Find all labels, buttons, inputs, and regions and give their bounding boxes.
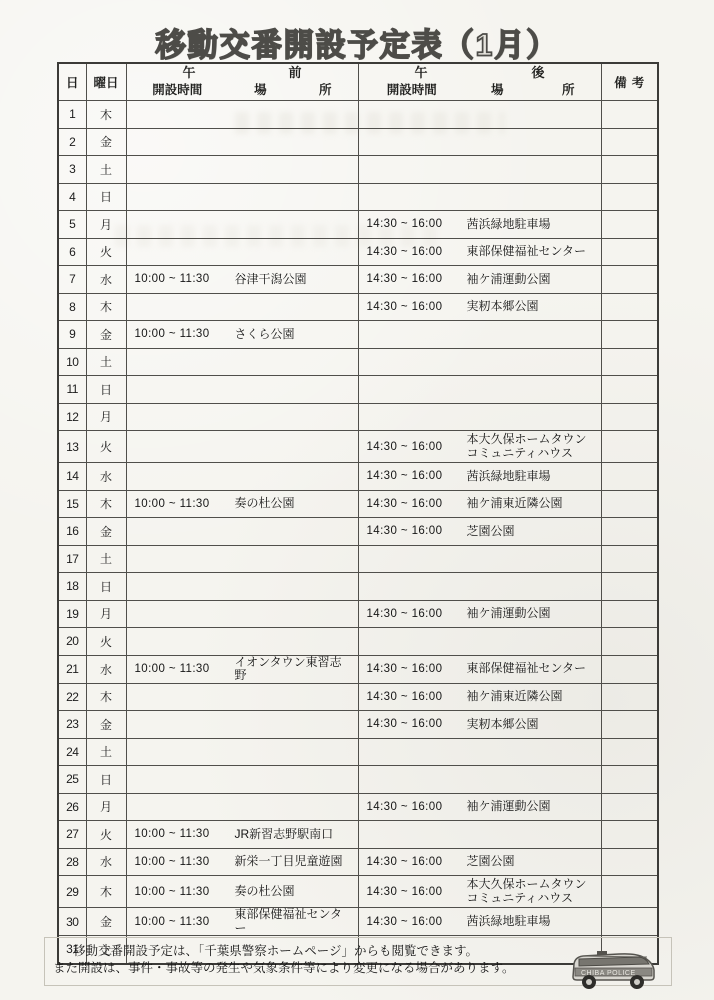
am-cell: 10:00 ~ 11:30 イオンタウン東習志野 bbox=[126, 655, 358, 683]
am-cell: 10:00 ~ 11:30 谷津干潟公園 bbox=[126, 266, 358, 294]
table-row: 5 月 14:30 ~ 16:00 茜浜緑地駐車場 bbox=[58, 211, 658, 239]
header-am-period: 午前 bbox=[127, 64, 358, 82]
weekday-cell: 木 bbox=[86, 293, 126, 321]
pm-place: 芝園公園 bbox=[467, 525, 597, 539]
remarks-cell bbox=[601, 573, 658, 601]
pm-open-time: 14:30 ~ 16:00 bbox=[367, 608, 467, 620]
am-cell bbox=[126, 683, 358, 711]
day-cell: 2 bbox=[58, 128, 86, 156]
pm-place: 茜浜緑地駐車場 bbox=[467, 218, 597, 232]
day-cell: 7 bbox=[58, 266, 86, 294]
table-row: 12 月 bbox=[58, 403, 658, 431]
day-cell: 21 bbox=[58, 655, 86, 683]
pm-place: 芝園公園 bbox=[467, 855, 597, 869]
header-am: 午前 開設時間 場所 bbox=[126, 63, 358, 101]
pm-cell: 14:30 ~ 16:00 東部保健福祉センター bbox=[358, 655, 601, 683]
day-cell: 26 bbox=[58, 793, 86, 821]
pm-cell: 14:30 ~ 16:00 袖ケ浦東近隣公園 bbox=[358, 490, 601, 518]
day-cell: 28 bbox=[58, 848, 86, 876]
remarks-cell bbox=[601, 463, 658, 491]
pm-open-time: 14:30 ~ 16:00 bbox=[367, 525, 467, 537]
header-pm-period: 午後 bbox=[359, 64, 601, 82]
weekday-cell: 金 bbox=[86, 711, 126, 739]
pm-cell bbox=[358, 766, 601, 794]
table-row: 7 水 10:00 ~ 11:30 谷津干潟公園 14:30 ~ 16:00 袖… bbox=[58, 266, 658, 294]
weekday-cell: 土 bbox=[86, 156, 126, 184]
remarks-cell bbox=[601, 321, 658, 349]
weekday-cell: 日 bbox=[86, 376, 126, 404]
remarks-cell bbox=[601, 766, 658, 794]
weekday-cell: 月 bbox=[86, 403, 126, 431]
day-cell: 15 bbox=[58, 490, 86, 518]
pm-open-time: 14:30 ~ 16:00 bbox=[367, 273, 467, 285]
am-cell bbox=[126, 518, 358, 546]
table-row: 11 日 bbox=[58, 376, 658, 404]
table-row: 8 木 14:30 ~ 16:00 実籾本郷公園 bbox=[58, 293, 658, 321]
am-cell: 10:00 ~ 11:30 奏の杜公園 bbox=[126, 876, 358, 908]
day-cell: 24 bbox=[58, 738, 86, 766]
table-row: 17 土 bbox=[58, 545, 658, 573]
pm-place: 本大久保ホームタウン コミュニティハウス bbox=[467, 433, 597, 460]
am-cell bbox=[126, 348, 358, 376]
weekday-cell: 土 bbox=[86, 738, 126, 766]
remarks-cell bbox=[601, 848, 658, 876]
weekday-cell: 水 bbox=[86, 463, 126, 491]
pm-open-time: 14:30 ~ 16:00 bbox=[367, 718, 467, 730]
police-van-icon: CHIBA POLICE bbox=[567, 944, 659, 994]
day-cell: 6 bbox=[58, 238, 86, 266]
am-open-time: 10:00 ~ 11:30 bbox=[135, 498, 235, 510]
day-cell: 1 bbox=[58, 101, 86, 129]
day-cell: 29 bbox=[58, 876, 86, 908]
day-cell: 20 bbox=[58, 628, 86, 656]
am-open-time: 10:00 ~ 11:30 bbox=[135, 828, 235, 840]
table-row: 24 土 bbox=[58, 738, 658, 766]
remarks-cell bbox=[601, 711, 658, 739]
am-place: 奏の杜公園 bbox=[235, 885, 354, 899]
weekday-cell: 月 bbox=[86, 211, 126, 239]
day-cell: 4 bbox=[58, 183, 86, 211]
weekday-cell: 火 bbox=[86, 821, 126, 849]
pm-place: 袖ケ浦東近隣公園 bbox=[467, 497, 597, 511]
pm-place: 東部保健福祉センター bbox=[467, 245, 597, 259]
pm-cell: 14:30 ~ 16:00 茜浜緑地駐車場 bbox=[358, 463, 601, 491]
remarks-cell bbox=[601, 376, 658, 404]
pm-cell: 14:30 ~ 16:00 袖ケ浦運動公園 bbox=[358, 600, 601, 628]
table-header-row: 日 曜日 午前 開設時間 場所 午後 開設時間 場所 備考 bbox=[58, 63, 658, 101]
schedule-body: 1 木 2 金 bbox=[58, 101, 658, 964]
table-row: 10 土 bbox=[58, 348, 658, 376]
table-row: 23 金 14:30 ~ 16:00 実籾本郷公園 bbox=[58, 711, 658, 739]
pm-place: 袖ケ浦東近隣公園 bbox=[467, 690, 597, 704]
header-pm: 午後 開設時間 場所 bbox=[358, 63, 601, 101]
day-cell: 25 bbox=[58, 766, 86, 794]
pm-open-time: 14:30 ~ 16:00 bbox=[367, 218, 467, 230]
am-place: 谷津干潟公園 bbox=[235, 273, 354, 287]
am-cell: 10:00 ~ 11:30 JR新習志野駅南口 bbox=[126, 821, 358, 849]
weekday-cell: 木 bbox=[86, 876, 126, 908]
am-cell bbox=[126, 573, 358, 601]
table-row: 14 水 14:30 ~ 16:00 茜浜緑地駐車場 bbox=[58, 463, 658, 491]
table-row: 20 火 bbox=[58, 628, 658, 656]
day-cell: 5 bbox=[58, 211, 86, 239]
am-cell: 10:00 ~ 11:30 新栄一丁目児童遊園 bbox=[126, 848, 358, 876]
pm-cell bbox=[358, 403, 601, 431]
day-cell: 11 bbox=[58, 376, 86, 404]
remarks-cell bbox=[601, 738, 658, 766]
pm-place: 東部保健福祉センター bbox=[467, 662, 597, 676]
pm-cell bbox=[358, 183, 601, 211]
remarks-cell bbox=[601, 128, 658, 156]
am-cell bbox=[126, 545, 358, 573]
remarks-cell bbox=[601, 101, 658, 129]
pm-open-time: 14:30 ~ 16:00 bbox=[367, 663, 467, 675]
header-remarks: 備考 bbox=[601, 63, 658, 101]
pm-cell bbox=[358, 376, 601, 404]
am-cell bbox=[126, 128, 358, 156]
table-row: 22 木 14:30 ~ 16:00 袖ケ浦東近隣公園 bbox=[58, 683, 658, 711]
table-row: 28 水 10:00 ~ 11:30 新栄一丁目児童遊園 14:30 ~ 16:… bbox=[58, 848, 658, 876]
weekday-cell: 月 bbox=[86, 600, 126, 628]
weekday-cell: 日 bbox=[86, 183, 126, 211]
remarks-cell bbox=[601, 238, 658, 266]
table-row: 26 月 14:30 ~ 16:00 袖ケ浦運動公園 bbox=[58, 793, 658, 821]
table-row: 30 金 10:00 ~ 11:30 東部保健福祉センター 14:30 ~ 16… bbox=[58, 908, 658, 936]
am-cell bbox=[126, 766, 358, 794]
am-cell: 10:00 ~ 11:30 東部保健福祉センター bbox=[126, 908, 358, 936]
am-place: イオンタウン東習志野 bbox=[235, 656, 354, 683]
am-cell bbox=[126, 293, 358, 321]
weekday-cell: 日 bbox=[86, 766, 126, 794]
table-row: 3 土 bbox=[58, 156, 658, 184]
remarks-cell bbox=[601, 683, 658, 711]
table-row: 16 金 14:30 ~ 16:00 芝園公園 bbox=[58, 518, 658, 546]
remarks-cell bbox=[601, 490, 658, 518]
pm-place: 茜浜緑地駐車場 bbox=[467, 915, 597, 929]
pm-cell: 14:30 ~ 16:00 袖ケ浦運動公園 bbox=[358, 793, 601, 821]
pm-cell bbox=[358, 545, 601, 573]
am-cell: 10:00 ~ 11:30 奏の杜公園 bbox=[126, 490, 358, 518]
weekday-cell: 金 bbox=[86, 128, 126, 156]
weekday-cell: 月 bbox=[86, 793, 126, 821]
weekday-cell: 木 bbox=[86, 101, 126, 129]
day-cell: 22 bbox=[58, 683, 86, 711]
table-row: 15 木 10:00 ~ 11:30 奏の杜公園 14:30 ~ 16:00 袖… bbox=[58, 490, 658, 518]
pm-cell bbox=[358, 156, 601, 184]
day-cell: 27 bbox=[58, 821, 86, 849]
am-open-time: 10:00 ~ 11:30 bbox=[135, 663, 235, 675]
table-row: 13 火 14:30 ~ 16:00 本大久保ホームタウン コミュニティハウス bbox=[58, 431, 658, 463]
pm-cell: 14:30 ~ 16:00 芝園公園 bbox=[358, 848, 601, 876]
am-cell bbox=[126, 431, 358, 463]
am-cell bbox=[126, 211, 358, 239]
pm-open-time: 14:30 ~ 16:00 bbox=[367, 301, 467, 313]
pm-cell: 14:30 ~ 16:00 実籾本郷公園 bbox=[358, 711, 601, 739]
remarks-cell bbox=[601, 348, 658, 376]
pm-place: 茜浜緑地駐車場 bbox=[467, 470, 597, 484]
pm-open-time: 14:30 ~ 16:00 bbox=[367, 886, 467, 898]
day-cell: 19 bbox=[58, 600, 86, 628]
table-row: 4 日 bbox=[58, 183, 658, 211]
remarks-cell bbox=[601, 156, 658, 184]
pm-cell: 14:30 ~ 16:00 袖ケ浦運動公園 bbox=[358, 266, 601, 294]
remarks-cell bbox=[601, 431, 658, 463]
weekday-cell: 土 bbox=[86, 348, 126, 376]
table-row: 25 日 bbox=[58, 766, 658, 794]
remarks-cell bbox=[601, 821, 658, 849]
am-cell bbox=[126, 403, 358, 431]
pm-open-time: 14:30 ~ 16:00 bbox=[367, 916, 467, 928]
remarks-cell bbox=[601, 403, 658, 431]
remarks-cell bbox=[601, 793, 658, 821]
pm-cell bbox=[358, 348, 601, 376]
day-cell: 30 bbox=[58, 908, 86, 936]
weekday-cell: 火 bbox=[86, 628, 126, 656]
am-place: 新栄一丁目児童遊園 bbox=[235, 855, 354, 869]
remarks-cell bbox=[601, 600, 658, 628]
remarks-cell bbox=[601, 545, 658, 573]
am-cell: 10:00 ~ 11:30 さくら公園 bbox=[126, 321, 358, 349]
pm-cell: 14:30 ~ 16:00 芝園公園 bbox=[358, 518, 601, 546]
day-cell: 17 bbox=[58, 545, 86, 573]
weekday-cell: 火 bbox=[86, 238, 126, 266]
weekday-cell: 木 bbox=[86, 490, 126, 518]
day-cell: 16 bbox=[58, 518, 86, 546]
weekday-cell: 木 bbox=[86, 683, 126, 711]
table-row: 1 木 bbox=[58, 101, 658, 129]
day-cell: 13 bbox=[58, 431, 86, 463]
remarks-cell bbox=[601, 655, 658, 683]
remarks-cell bbox=[601, 266, 658, 294]
pm-cell bbox=[358, 628, 601, 656]
pm-place: 袖ケ浦運動公園 bbox=[467, 607, 597, 621]
pm-place: 本大久保ホームタウン コミュニティハウス bbox=[467, 878, 597, 905]
weekday-cell: 水 bbox=[86, 266, 126, 294]
pm-place: 実籾本郷公園 bbox=[467, 300, 597, 314]
table-row: 27 火 10:00 ~ 11:30 JR新習志野駅南口 bbox=[58, 821, 658, 849]
table-row: 2 金 bbox=[58, 128, 658, 156]
weekday-cell: 水 bbox=[86, 655, 126, 683]
table-row: 29 木 10:00 ~ 11:30 奏の杜公園 14:30 ~ 16:00 本… bbox=[58, 876, 658, 908]
pm-cell: 14:30 ~ 16:00 実籾本郷公園 bbox=[358, 293, 601, 321]
page-title-wrap: 移動交番開設予定表（1月） bbox=[0, 20, 714, 64]
am-place: 奏の杜公園 bbox=[235, 497, 354, 511]
day-cell: 3 bbox=[58, 156, 86, 184]
am-open-time: 10:00 ~ 11:30 bbox=[135, 273, 235, 285]
pm-cell bbox=[358, 128, 601, 156]
pm-cell bbox=[358, 573, 601, 601]
am-cell bbox=[126, 238, 358, 266]
day-cell: 23 bbox=[58, 711, 86, 739]
am-place: JR新習志野駅南口 bbox=[235, 828, 354, 842]
pm-cell: 14:30 ~ 16:00 東部保健福祉センター bbox=[358, 238, 601, 266]
header-weekday: 曜日 bbox=[86, 63, 126, 101]
page-title: 移動交番開設予定表（1月） bbox=[156, 19, 559, 65]
am-cell bbox=[126, 628, 358, 656]
pm-cell: 14:30 ~ 16:00 本大久保ホームタウン コミュニティハウス bbox=[358, 431, 601, 463]
day-cell: 9 bbox=[58, 321, 86, 349]
pm-cell: 14:30 ~ 16:00 袖ケ浦東近隣公園 bbox=[358, 683, 601, 711]
pm-place: 袖ケ浦運動公園 bbox=[467, 800, 597, 814]
am-open-time: 10:00 ~ 11:30 bbox=[135, 856, 235, 868]
am-cell bbox=[126, 376, 358, 404]
weekday-cell: 火 bbox=[86, 431, 126, 463]
weekday-cell: 土 bbox=[86, 545, 126, 573]
am-cell bbox=[126, 738, 358, 766]
am-cell bbox=[126, 793, 358, 821]
table-row: 21 水 10:00 ~ 11:30 イオンタウン東習志野 14:30 ~ 16… bbox=[58, 655, 658, 683]
pm-open-time: 14:30 ~ 16:00 bbox=[367, 691, 467, 703]
header-pm-place: 場所 bbox=[465, 82, 601, 100]
pm-place: 袖ケ浦運動公園 bbox=[467, 273, 597, 287]
pm-open-time: 14:30 ~ 16:00 bbox=[367, 441, 467, 453]
pm-cell bbox=[358, 738, 601, 766]
day-cell: 18 bbox=[58, 573, 86, 601]
table-row: 18 日 bbox=[58, 573, 658, 601]
am-open-time: 10:00 ~ 11:30 bbox=[135, 328, 235, 340]
day-cell: 10 bbox=[58, 348, 86, 376]
header-am-place: 場所 bbox=[228, 82, 357, 100]
am-cell bbox=[126, 600, 358, 628]
remarks-cell bbox=[601, 876, 658, 908]
am-cell bbox=[126, 156, 358, 184]
am-cell bbox=[126, 463, 358, 491]
pm-cell: 14:30 ~ 16:00 茜浜緑地駐車場 bbox=[358, 908, 601, 936]
day-cell: 14 bbox=[58, 463, 86, 491]
remarks-cell bbox=[601, 908, 658, 936]
weekday-cell: 金 bbox=[86, 518, 126, 546]
pm-cell bbox=[358, 101, 601, 129]
header-am-time: 開設時間 bbox=[127, 82, 229, 100]
table-row: 19 月 14:30 ~ 16:00 袖ケ浦運動公園 bbox=[58, 600, 658, 628]
remarks-cell bbox=[601, 211, 658, 239]
am-cell bbox=[126, 711, 358, 739]
am-cell bbox=[126, 183, 358, 211]
pm-open-time: 14:30 ~ 16:00 bbox=[367, 498, 467, 510]
header-day: 日 bbox=[58, 63, 86, 101]
weekday-cell: 金 bbox=[86, 321, 126, 349]
day-cell: 8 bbox=[58, 293, 86, 321]
weekday-cell: 水 bbox=[86, 848, 126, 876]
pm-cell: 14:30 ~ 16:00 茜浜緑地駐車場 bbox=[358, 211, 601, 239]
pm-cell bbox=[358, 821, 601, 849]
table-row: 9 金 10:00 ~ 11:30 さくら公園 bbox=[58, 321, 658, 349]
pm-open-time: 14:30 ~ 16:00 bbox=[367, 801, 467, 813]
header-pm-time: 開設時間 bbox=[359, 82, 465, 100]
am-open-time: 10:00 ~ 11:30 bbox=[135, 916, 235, 928]
pm-open-time: 14:30 ~ 16:00 bbox=[367, 470, 467, 482]
pm-place: 実籾本郷公園 bbox=[467, 718, 597, 732]
day-cell: 12 bbox=[58, 403, 86, 431]
remarks-cell bbox=[601, 628, 658, 656]
am-open-time: 10:00 ~ 11:30 bbox=[135, 886, 235, 898]
am-place: 東部保健福祉センター bbox=[235, 908, 354, 935]
weekday-cell: 日 bbox=[86, 573, 126, 601]
am-place: さくら公園 bbox=[235, 328, 354, 342]
pm-cell bbox=[358, 321, 601, 349]
pm-cell: 14:30 ~ 16:00 本大久保ホームタウン コミュニティハウス bbox=[358, 876, 601, 908]
am-cell bbox=[126, 101, 358, 129]
pm-open-time: 14:30 ~ 16:00 bbox=[367, 856, 467, 868]
pm-open-time: 14:30 ~ 16:00 bbox=[367, 246, 467, 258]
schedule-table: 日 曜日 午前 開設時間 場所 午後 開設時間 場所 備考 1 木 bbox=[57, 62, 659, 965]
weekday-cell: 金 bbox=[86, 908, 126, 936]
table-row: 6 火 14:30 ~ 16:00 東部保健福祉センター bbox=[58, 238, 658, 266]
remarks-cell bbox=[601, 518, 658, 546]
remarks-cell bbox=[601, 293, 658, 321]
remarks-cell bbox=[601, 183, 658, 211]
